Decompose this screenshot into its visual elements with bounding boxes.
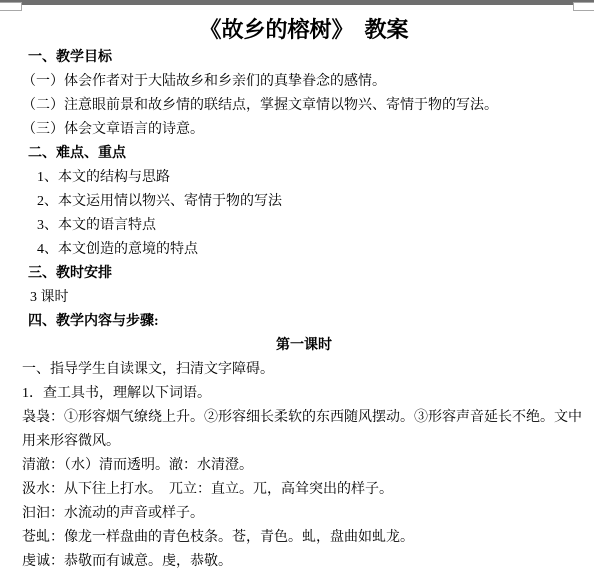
vocab-qingche: 清澈：（水）清而透明。澈：水清澄。 [22, 454, 586, 478]
top-left-box [0, 2, 22, 11]
step-dictionary-task: 1．查工具书，理解以下词语。 [22, 382, 586, 406]
top-bar [0, 0, 594, 5]
document-title: 《故乡的榕树》 教案 [22, 15, 586, 45]
objective-item-3: （三）体会文章语言的诗意。 [22, 118, 586, 142]
document-page[interactable]: 《故乡的榕树》 教案 一、教学目标 （一）体会作者对于大陆故乡和乡亲们的真挚眷念… [0, 5, 594, 571]
key-point-3: 3、本文的语言特点 [22, 214, 586, 238]
vocab-jishui-wuli: 汲水：从下往上打水。 兀立：直立。兀，高耸突出的样子。 [22, 478, 586, 502]
subtitle-first-lesson: 第一课时 [22, 334, 586, 358]
top-right-box [573, 2, 594, 11]
heading-key-points: 二、难点、重点 [22, 142, 586, 166]
key-point-2: 2、本文运用情以物兴、寄情于物的写法 [22, 190, 586, 214]
objective-item-1: （一）体会作者对于大陆故乡和乡亲们的真挚眷念的感情。 [22, 70, 586, 94]
vocab-gugu: 汩汩：水流动的声音或样子。 [22, 502, 586, 526]
vocab-niaoniao-line2: 用来形容微风。 [22, 430, 586, 454]
vocab-qiancheng: 虔诚：恭敬而有诚意。虔，恭敬。 [22, 550, 586, 571]
heading-teaching-objectives: 一、教学目标 [22, 46, 586, 70]
vocab-niaoniao-line1: 袅袅：①形容烟气缭绕上升。②形容细长柔软的东西随风摆动。③形容声音延长不绝。文中 [22, 406, 586, 430]
vocab-cangqiu: 苍虬：像龙一样盘曲的青色枝条。苍，青色。虬，盘曲如虬龙。 [22, 526, 586, 550]
step-guide-reading: 一、指导学生自读课文，扫清文字障碍。 [22, 358, 586, 382]
class-hours-value: 3 课时 [22, 286, 586, 310]
heading-teaching-content-steps: 四、教学内容与步骤: [22, 310, 586, 334]
heading-class-hours: 三、教时安排 [22, 262, 586, 286]
key-point-4: 4、本文创造的意境的特点 [22, 238, 586, 262]
objective-item-2: （二）注意眼前景和故乡情的联结点，掌握文章情以物兴、寄情于物的写法。 [22, 94, 586, 118]
key-point-1: 1、本文的结构与思路 [22, 166, 586, 190]
